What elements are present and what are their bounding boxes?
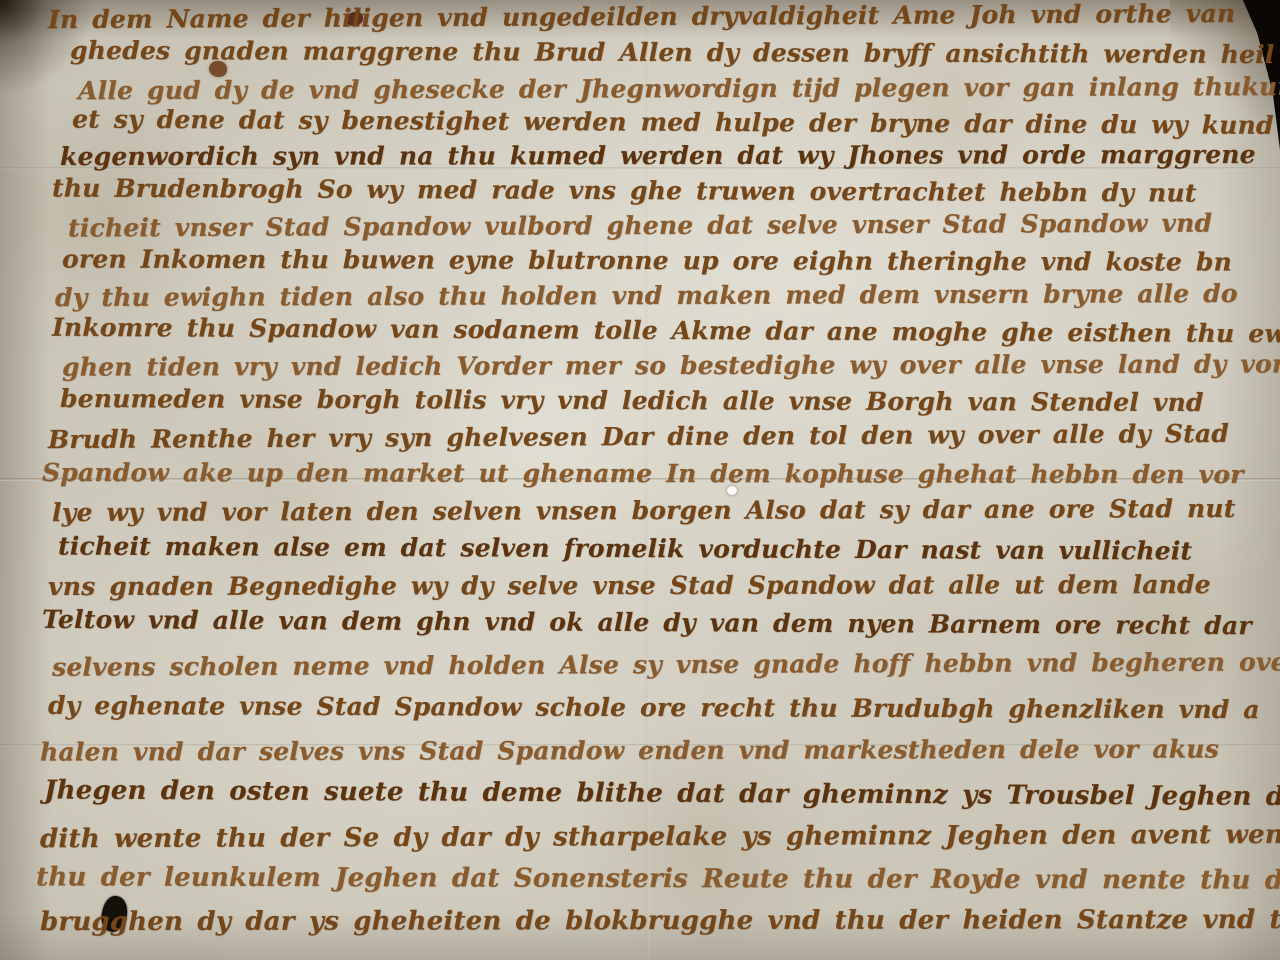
manuscript-line: oren Inkomen thu buwen eyne blutronne up… (62, 246, 1232, 274)
manuscript-line: dith wente thu der Se dy dar dy stharpel… (40, 822, 1280, 852)
manuscript-line: halen vnd dar selves vns Stad Spandow en… (40, 736, 1219, 764)
manuscript-line: benumeden vnse borgh tollis vry vnd ledi… (60, 386, 1204, 415)
manuscript-line: dy thu ewighn tiden also thu holden vnd … (55, 281, 1238, 310)
manuscript-photo: In dem Name der hiligen vnd ungedeilden … (0, 0, 1280, 960)
manuscript-line: ghen tiden vry vnd ledich Vorder mer so … (62, 351, 1280, 379)
manuscript-line: dy eghenate vnse Stad Spandow schole ore… (48, 693, 1260, 722)
manuscript-line: Spandow ake up den market ut ghename In … (42, 460, 1244, 487)
manuscript-line: vns gnaden Begnedighe wy dy selve vnse S… (48, 572, 1211, 599)
manuscript-line: Teltow vnd alle van dem ghn vnd ok alle … (42, 607, 1252, 638)
manuscript-line: thu der leunkulem Jeghen dat Sonensteris… (36, 864, 1280, 893)
manuscript-line: ticheit maken alse em dat selven fromeli… (58, 534, 1192, 564)
manuscript-line: thu Brudenbrogh So wy med rade vns ghe t… (52, 176, 1197, 206)
manuscript-line: Brudh Renthe her vry syn ghelvesen Dar d… (48, 421, 1229, 452)
manuscript-line: lye wy vnd vor laten den selven vnsen bo… (52, 496, 1236, 525)
manuscript-line: Alle gud dy de vnd ghesecke der Jhegnwor… (78, 74, 1280, 103)
manuscript-line: selvens scholen neme vnd holden Alse sy … (52, 649, 1280, 679)
manuscript-line: kegenwordich syn vnd na thu kumed werden… (60, 142, 1256, 169)
manuscript-line: ticheit vnser Stad Spandow vulbord ghene… (68, 211, 1212, 241)
manuscript-line: Inkomre thu Spandow van sodanem tolle Ak… (52, 315, 1280, 347)
manuscript-line: In dem Name der hiligen vnd ungedeilden … (48, 1, 1235, 32)
manuscript-line: Jhegen den osten suete thu deme blithe d… (44, 777, 1280, 810)
manuscript-line: et sy dene dat sy benestighet werden med… (72, 107, 1280, 139)
manuscript-line: brugghen dy dar ys gheheiten de blokbrug… (40, 907, 1280, 935)
manuscript-line: ghedes gnaden marggrene thu Brud Allen d… (70, 38, 1280, 67)
